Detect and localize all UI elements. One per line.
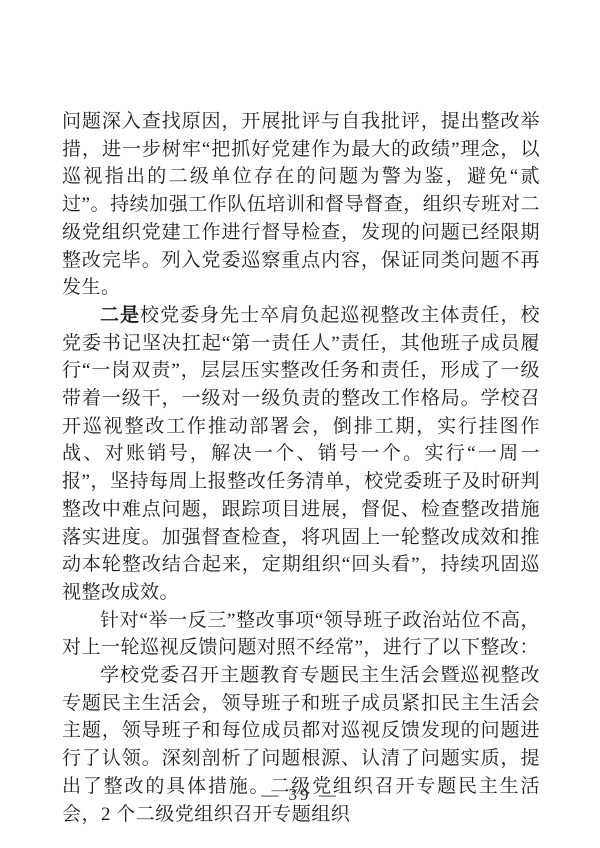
document-page: 问题深入查找原因，开展批评与自我批评，提出整改举措，进一步树牢“把抓好党建作为最… [0, 0, 600, 848]
document-body: 问题深入查找原因，开展批评与自我批评，提出整改举措，进一步树牢“把抓好党建作为最… [62, 108, 540, 828]
page-number: — 39 — [0, 785, 600, 805]
paragraph-rectification-item: 针对“举一反三”整改事项“领导班子政治站位不高，对上一轮巡视反馈问题对照不经常”… [62, 607, 540, 662]
paragraph-text: 校党委身先士卒肩负起巡视整改主体责任，校党委书记坚决扛起“第一责任人”责任，其他… [62, 305, 540, 603]
paragraph-lead-bold: 二是 [100, 305, 140, 326]
paragraph-continuation: 问题深入查找原因，开展批评与自我批评，提出整改举措，进一步树牢“把抓好党建作为最… [62, 108, 540, 302]
paragraph-second-point: 二是校党委身先士卒肩负起巡视整改主体责任，校党委书记坚决扛起“第一责任人”责任，… [62, 302, 540, 607]
